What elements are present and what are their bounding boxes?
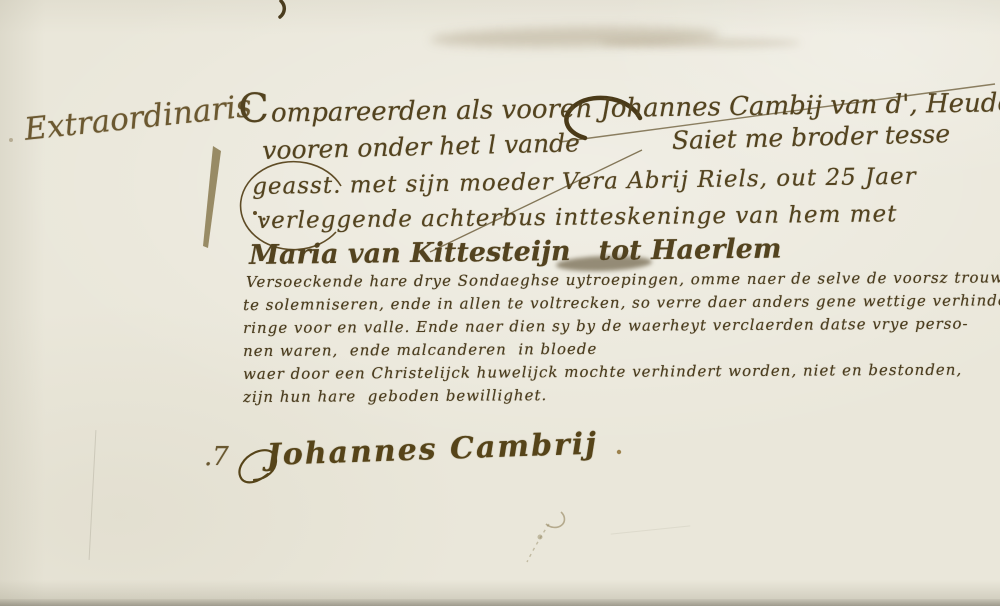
script-line-5-names: Maria van Kittesteijn tot Haerlem [249,233,782,271]
ink-smudge-top [430,24,720,49]
top-pen-stroke [280,1,284,17]
script-line-3: geasst. met sijn moeder Vera Abrij Riels… [252,164,917,200]
body-line-3: ringe voor en valle. Ende naer dien sy b… [243,315,969,337]
paper-crease [611,525,691,534]
page-bottom-edge [0,599,1000,606]
bottom-flourish-loop [546,512,564,527]
paper-crease [89,430,97,560]
initial-capital: C [238,86,271,132]
script-line-2-gap [580,149,672,151]
ink-speck [538,535,543,540]
margin-annotation: Extraordinaris [23,88,254,148]
manuscript-page: Extraordinaris Compareerden als vooren J… [0,0,1000,606]
script-line-2-left: vooren onder het l vande [262,128,580,165]
bottom-flourish-tail [527,524,549,562]
body-line-5: waer door een Christelijck huwelijck moc… [243,361,962,383]
ink-speck [9,138,13,142]
ink-smudge-top-right [600,38,800,48]
body-line-1: Versoeckende hare drye Sondaeghse uytroe… [246,268,1000,291]
script-line-4: verleggende achterbus intteskeninge van … [257,201,898,234]
signature-prefix-mark: .7 [204,442,229,472]
body-line-2: te solemniseren, ende in allen te voltre… [243,291,1000,314]
signature: Johannes Cambrij [266,426,599,473]
ink-speck [617,450,621,454]
script-line-2-right: Saiet me broder tesse [672,119,951,155]
margin-flourish-stroke [203,146,221,248]
body-line-4: nen waren, ende malcanderen in bloede [243,340,597,360]
body-line-6: zijn hun hare geboden bewillighet. [243,386,547,406]
